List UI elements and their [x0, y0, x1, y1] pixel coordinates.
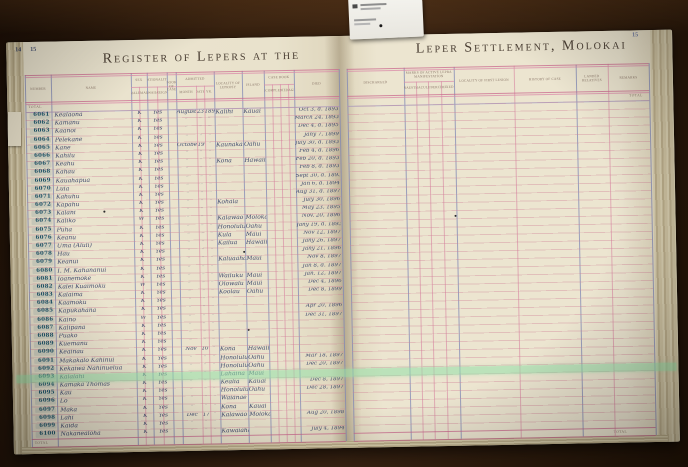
row-sex: W: [135, 283, 151, 289]
row-admitted-date: ”: [200, 290, 208, 296]
column-subheader: Died: [280, 85, 288, 96]
row-nationality: Yes: [151, 315, 171, 321]
row-admitted-month: ”: [178, 208, 198, 214]
row-died-date: Aug 20, 1898: [300, 410, 344, 416]
row-admitted-date: 10: [201, 347, 209, 353]
row-died-date: Dec 8, 1897: [300, 377, 344, 383]
row-number: 6078: [32, 252, 53, 258]
row-died-date: Jan 6, d. 1894: [296, 181, 340, 187]
row-sex: K: [137, 405, 153, 411]
row-admitted-date: ”: [200, 273, 208, 279]
row-admitted-month: ”: [182, 388, 202, 394]
row-sex: K: [131, 111, 147, 117]
row-number: 6087: [34, 325, 55, 331]
row-sex: K: [134, 258, 150, 264]
row-number: 6077: [32, 244, 53, 250]
row-locality: Wailuku: [219, 273, 246, 280]
row-admitted-date: 17: [202, 412, 210, 418]
row-sex: K: [134, 266, 150, 272]
row-admitted-year: ”: [206, 216, 216, 222]
row-nationality: Yes: [150, 241, 170, 247]
row-island: Hawaii: [244, 158, 265, 164]
row-admitted-date: ”: [199, 249, 207, 255]
row-island: Oahu: [244, 141, 265, 147]
row-died-date: Oct 3, d. 1893: [294, 107, 338, 113]
row-number: 6089: [34, 342, 55, 348]
row-number: 6086: [33, 317, 54, 323]
row-admitted-month: ”: [179, 249, 199, 255]
row-admitted-month: ”: [181, 323, 201, 329]
row-died-date: Jan. 12, 1897: [298, 271, 342, 277]
row-island: Oahu: [248, 362, 269, 368]
column-header: Name: [51, 75, 131, 102]
row-admitted-year: ”: [205, 118, 215, 124]
row-locality: Kealia: [221, 379, 248, 386]
row-admitted-year: ”: [207, 240, 217, 246]
row-admitted-year: ”: [207, 224, 217, 230]
column-subheader: Foreigner: [157, 87, 167, 98]
row-admitted-date: ”: [198, 167, 206, 173]
row-admitted-month: ”: [181, 363, 201, 369]
row-sex: K: [133, 209, 149, 215]
row-admitted-year: ”: [211, 428, 221, 434]
row-island: Kauai: [243, 109, 264, 115]
column-header: Died: [294, 71, 339, 97]
row-nationality: Yes: [153, 405, 173, 411]
row-sex: K: [133, 176, 149, 182]
row-admitted-month: ”: [181, 355, 201, 361]
row-nationality: Yes: [148, 151, 168, 157]
row-nationality: Yes: [153, 389, 173, 395]
row-number: 6066: [30, 154, 51, 160]
column-header: History of Case: [514, 67, 576, 93]
row-admitted-month: ”: [180, 282, 200, 288]
column-subheader: Mixed: [441, 82, 454, 93]
row-admitted-month: ”: [180, 290, 200, 296]
row-nationality: Yes: [148, 127, 168, 133]
row-admitted-year: ”: [209, 363, 219, 369]
total-label-top-left: Total: [28, 105, 42, 109]
row-number: 6072: [31, 203, 52, 209]
column-subheader: Completed: [272, 85, 280, 96]
row-sex: K: [137, 413, 153, 419]
row-number: 6076: [32, 235, 53, 241]
row-sex: K: [137, 397, 153, 403]
row-admitted-date: ”: [197, 126, 205, 132]
column-header: Locality of Leprosy: [214, 73, 242, 99]
tab-dot: [379, 24, 382, 27]
row-number: 6061: [29, 113, 50, 119]
row-admitted-year: ”: [210, 388, 220, 394]
row-number: 6085: [33, 309, 54, 315]
row-sex: K: [132, 119, 148, 125]
row-number: 6081: [33, 276, 54, 282]
row-admitted-year: ”: [210, 404, 220, 410]
row-died-date: Aug 31, d. 1897: [296, 189, 340, 195]
row-island: Kauai: [249, 378, 270, 384]
tab-text-line: [360, 3, 386, 6]
archive-tab: [348, 0, 424, 40]
row-nationality: Yes: [150, 266, 170, 272]
row-admitted-year: ”: [209, 322, 219, 328]
row-admitted-year: ”: [210, 379, 220, 385]
column-header: Marks of Active Lepra Manifestation: [404, 68, 454, 82]
row-admitted-year: ”: [205, 134, 215, 140]
row-admitted-month: ”: [182, 404, 202, 410]
row-number: 6090: [34, 350, 55, 356]
row-admitted-date: ”: [202, 388, 210, 394]
row-admitted-month: ”: [182, 421, 202, 427]
row-nationality: Yes: [153, 397, 173, 403]
row-sex: K: [137, 422, 153, 428]
row-nationality: Yes: [151, 290, 171, 296]
row-admitted-month: ”: [178, 216, 198, 222]
row-sex: K: [134, 225, 150, 231]
row-nationality: Yes: [153, 413, 173, 419]
row-locality: Waianae: [221, 395, 248, 402]
row-island: Hawaii: [246, 239, 267, 245]
row-island: Molokai: [249, 411, 270, 417]
row-admitted-month: ”: [178, 175, 198, 181]
row-locality: Kalihi: [215, 109, 242, 116]
row-sex: K: [136, 364, 152, 370]
row-admitted-date: ”: [200, 314, 208, 320]
row-number: 6069: [31, 178, 52, 184]
row-admitted-year: ”: [209, 347, 219, 353]
row-island: Kauai: [249, 403, 270, 409]
row-died-date: Feb 20, d. 1893: [295, 156, 339, 162]
row-sex: K: [136, 340, 152, 346]
column-subheader: Macul.: [416, 82, 428, 93]
row-admitted-date: ”: [200, 306, 208, 312]
column-subheader: Anaesth.: [404, 83, 416, 94]
row-admitted-year: ”: [209, 330, 219, 336]
row-number: 6063: [30, 129, 51, 135]
row-admitted-month: ”: [177, 118, 197, 124]
total-label-top-right: Total: [629, 93, 643, 97]
row-nationality: Yes: [152, 339, 172, 345]
row-locality: Kaunakakai: [216, 142, 243, 149]
row-admitted-month: ”: [178, 200, 198, 206]
row-admitted-month: ”: [179, 224, 199, 230]
row-admitted-month: ”: [179, 233, 199, 239]
column-header: Number: [25, 77, 51, 102]
row-sex: K: [133, 184, 149, 190]
row-died-date: Dec 20, 1897: [299, 361, 343, 367]
row-died-date: Dec 28, 1897: [300, 385, 344, 391]
row-admitted-month: ”: [182, 396, 202, 402]
row-nationality: Yes: [148, 143, 168, 149]
row-sex: K: [135, 274, 151, 280]
row-admitted-month: ”: [178, 167, 198, 173]
column-header: Locality of First Lesion: [454, 68, 514, 94]
row-sex: K: [134, 250, 150, 256]
row-nationality: Yes: [150, 258, 170, 264]
row-admitted-month: ”: [177, 126, 197, 132]
row-island: Maui: [247, 272, 268, 278]
row-locality: Olowalu: [219, 281, 246, 288]
row-nationality: Yes: [149, 217, 169, 223]
row-admitted-month: ”: [183, 429, 203, 435]
row-admitted-date: ”: [197, 151, 205, 157]
tab-text-line: [354, 23, 370, 26]
row-island: Maui: [246, 256, 267, 262]
row-island: Oahu: [248, 354, 269, 360]
row-admitted-year: ”: [208, 298, 218, 304]
row-island: Molokai: [245, 215, 266, 221]
row-died-date: Dec 8, 1899: [298, 287, 342, 293]
row-admitted-date: ”: [198, 175, 206, 181]
row-died-date: Jany 21, 1896: [297, 246, 341, 252]
row-admitted-date: ”: [201, 331, 209, 337]
row-admitted-year: ”: [207, 249, 217, 255]
row-admitted-year: ”: [209, 355, 219, 361]
row-died-date: Jany 7, 1899: [295, 132, 339, 138]
row-nationality: Yes: [148, 160, 168, 166]
row-admitted-date: ”: [200, 281, 208, 287]
row-number: 6084: [33, 301, 54, 307]
row-sex: K: [135, 299, 151, 305]
row-number: 6088: [34, 334, 55, 340]
row-locality: Koolau: [219, 289, 246, 296]
row-admitted-date: ”: [199, 241, 207, 247]
column-subheader: Male: [131, 88, 139, 99]
row-admitted-year: ”: [209, 339, 219, 345]
row-nationality: Yes: [150, 249, 170, 255]
row-locality: Kula: [218, 232, 245, 239]
row-nationality: Yes: [150, 233, 170, 239]
row-admitted-date: ”: [202, 396, 210, 402]
row-nationality: Yes: [149, 192, 169, 198]
row-admitted-date: 19: [197, 142, 205, 148]
row-admitted-month: ”: [178, 183, 198, 189]
row-sex: K: [134, 242, 150, 248]
row-admitted-year: ”: [205, 159, 215, 165]
row-island: Oahu: [246, 223, 267, 229]
row-nationality: Yes: [147, 110, 167, 116]
row-admitted-year: 1893: [204, 110, 214, 116]
row-admitted-date: ”: [203, 429, 211, 435]
row-admitted-month: ”: [181, 331, 201, 337]
tab-stamp-block: [352, 4, 357, 8]
page-number-left: 15: [30, 47, 36, 53]
row-admitted-date: ”: [201, 339, 209, 345]
row-sex: K: [132, 152, 148, 158]
row-locality: Honolulu: [220, 354, 247, 361]
dust-speck: [248, 329, 250, 331]
row-locality: Honolulu: [221, 387, 248, 394]
row-died-date: Dec 31, 1897: [298, 312, 342, 318]
row-number: 6075: [32, 227, 53, 233]
row-sex: K: [133, 193, 149, 199]
column-header: Remarks: [608, 65, 649, 91]
row-admitted-year: ”: [206, 191, 216, 197]
column-header: Island: [242, 72, 264, 97]
row-admitted-year: ”: [206, 200, 216, 206]
row-admitted-year: ”: [210, 412, 220, 418]
row-nationality: Yes: [148, 119, 168, 125]
row-admitted-year: ”: [210, 420, 220, 426]
row-admitted-month: ”: [179, 265, 199, 271]
row-admitted-date: ”: [197, 134, 205, 140]
row-died-date: Jany 19, d. 1893: [297, 222, 341, 228]
row-locality: Honolulu: [218, 223, 245, 230]
row-admitted-year: ”: [208, 314, 218, 320]
row-number: 6079: [32, 260, 53, 266]
row-admitted-year: ”: [207, 265, 217, 271]
row-admitted-date: ”: [200, 298, 208, 304]
row-number: 6073: [31, 211, 52, 217]
row-admitted-month: ”: [177, 151, 197, 157]
row-admitted-month: ”: [181, 339, 201, 345]
table-wood-background: [0, 0, 688, 34]
row-admitted-month: October: [177, 143, 197, 149]
register-book: 14 15 15 Register of Lepers at the Leper…: [6, 30, 680, 455]
row-number: 6083: [33, 293, 54, 299]
row-admitted-month: ”: [180, 306, 200, 312]
row-admitted-month: ”: [182, 380, 202, 386]
row-admitted-date: ”: [201, 355, 209, 361]
row-admitted-month: ”: [180, 314, 200, 320]
row-admitted-month: ”: [179, 257, 199, 263]
row-nationality: Yes: [153, 380, 173, 386]
row-nationality: Yes: [149, 176, 169, 182]
row-nationality: Yes: [151, 282, 171, 288]
row-died-date: May 23, 1895: [296, 205, 340, 211]
row-island: Hawaii: [248, 346, 269, 352]
row-died-date: Nov. 20, 1896: [296, 213, 340, 219]
row-sex: K: [133, 168, 149, 174]
row-admitted-year: ”: [208, 289, 218, 295]
row-locality: Honolulu: [220, 363, 247, 370]
column-header: Nationality: [147, 73, 167, 86]
row-locality: Kona: [220, 346, 247, 353]
row-admitted-date: ”: [198, 208, 206, 214]
row-sex: K: [138, 430, 154, 436]
column-header: Landed Relatives: [576, 66, 608, 92]
row-died-date: Dec 4, 1896: [298, 279, 342, 285]
row-died-date: Sept 30, d. 1893: [296, 173, 340, 179]
column-subheader: Record: [264, 85, 272, 96]
column-subheader: Hawaiian: [147, 88, 157, 99]
row-nationality: Yes: [151, 274, 171, 280]
row-number: 6092: [34, 366, 55, 372]
row-admitted-date: ”: [202, 421, 210, 427]
row-sex: K: [133, 201, 149, 207]
row-died-date: Dec 4, d. 1895: [295, 124, 339, 130]
row-died-date: Nov 8, 1897: [297, 254, 341, 260]
row-admitted-year: ”: [207, 257, 217, 263]
row-nationality: Yes: [148, 135, 168, 141]
row-admitted-month: ”: [177, 159, 197, 165]
row-sex: K: [132, 127, 148, 133]
row-number: 6062: [30, 121, 51, 127]
row-locality: Kaluaaha: [218, 256, 245, 263]
row-nationality: Yes: [152, 364, 172, 370]
row-admitted-date: ”: [201, 363, 209, 369]
row-sex: K: [136, 356, 152, 362]
row-locality: Kailua: [218, 240, 245, 247]
row-nationality: Yes: [152, 356, 172, 362]
row-admitted-month: ”: [177, 134, 197, 140]
row-admitted-month: August: [176, 110, 196, 116]
row-died-date: July 30, d. 1893: [295, 140, 339, 146]
row-number: 6080: [32, 268, 53, 274]
row-number: 6068: [31, 170, 52, 176]
row-admitted-date: ”: [198, 192, 206, 198]
row-admitted-year: ”: [206, 183, 216, 189]
row-number: 6074: [32, 219, 53, 225]
row-sex: K: [136, 348, 152, 354]
row-nationality: Yes: [149, 200, 169, 206]
row-island: Oahu: [249, 387, 270, 393]
column-subheader: Month: [176, 87, 196, 98]
row-admitted-date: ”: [199, 257, 207, 263]
row-died-date: Apr 20, 1896: [298, 303, 342, 309]
row-died-date: July 30, 1896: [296, 197, 340, 203]
row-nationality: Yes: [152, 348, 172, 354]
row-admitted-year: ”: [206, 167, 216, 173]
row-nationality: Yes: [151, 307, 171, 313]
column-header: Case Book: [264, 71, 294, 85]
row-admitted-date: 23: [196, 110, 204, 116]
row-admitted-date: ”: [197, 118, 205, 124]
row-nationality: Yes: [154, 429, 174, 435]
row-admitted-date: ”: [202, 404, 210, 410]
row-admitted-year: ”: [208, 281, 218, 287]
row-number: 6100: [36, 432, 57, 438]
row-number: 6091: [34, 358, 55, 364]
row-died-date: Jan 8, d. 1897: [297, 263, 341, 269]
row-locality: Kona: [216, 158, 243, 165]
row-nationality: Yes: [153, 421, 173, 427]
tab-text-line: [361, 7, 381, 10]
row-admitted-date: ”: [198, 183, 206, 189]
row-sex: K: [132, 135, 148, 141]
row-admitted-month: ”: [179, 241, 199, 247]
row-locality: Kona: [221, 403, 248, 410]
row-number: 6094: [35, 383, 56, 389]
row-admitted-year: ”: [206, 175, 216, 181]
row-number: 6071: [31, 194, 52, 200]
row-nationality: Yes: [152, 331, 172, 337]
row-admitted-date: ”: [199, 265, 207, 271]
row-admitted-year: ”: [205, 150, 215, 156]
row-sex: K: [137, 381, 153, 387]
row-sex: W: [133, 217, 149, 223]
row-nationality: Yes: [151, 299, 171, 305]
row-sex: K: [136, 332, 152, 338]
row-admitted-month: ”: [180, 273, 200, 279]
row-admitted-year: ”: [205, 142, 215, 148]
column-header: Sex: [131, 74, 147, 87]
row-number: 6067: [30, 162, 51, 168]
row-locality: Kalawao: [217, 215, 244, 222]
row-number: 6064: [30, 137, 51, 143]
row-died-date: Jany 26, 1897: [297, 238, 341, 244]
row-died-date: March 24, 1893: [295, 115, 339, 121]
row-number: 6099: [35, 423, 56, 429]
row-nationality: Yes: [150, 225, 170, 231]
column-header: Admitted: [176, 72, 214, 86]
column-subheader: Female: [139, 88, 147, 99]
row-sex: K: [137, 389, 153, 395]
total-label-bottom-left: Total: [35, 441, 49, 445]
row-admitted-month: ”: [180, 298, 200, 304]
row-died-date: July 4, 1894: [301, 426, 345, 432]
page-number-under: 14: [15, 47, 21, 53]
row-admitted-date: ”: [201, 322, 209, 328]
